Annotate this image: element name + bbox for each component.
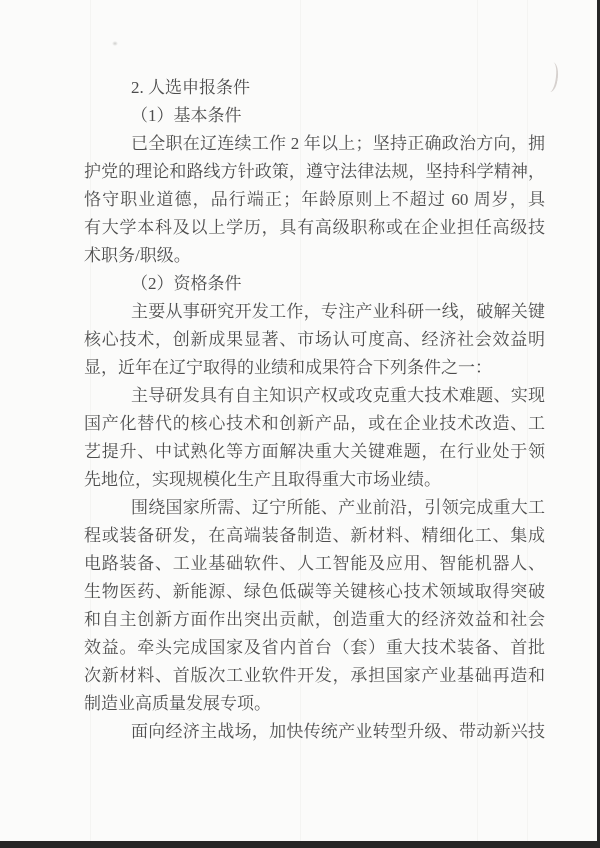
text-line: 先地位，实现规模化生产且取得重大市场业绩。 xyxy=(84,466,545,494)
text-line: 已全职在辽连续工作 2 年以上；坚持正确政治方向，拥 xyxy=(84,130,545,158)
text-line: 显，近年在辽宁取得的业绩和成果符合下列条件之一： xyxy=(84,354,545,382)
text-line: 围绕国家所需、辽宁所能、产业前沿，引领完成重大工 xyxy=(84,494,545,522)
text-line: 主要从事研究开发工作，专注产业科研一线，破解关键 xyxy=(84,298,545,326)
text-line: 主导研发具有自主知识产权或攻克重大技术难题、实现 xyxy=(84,382,545,410)
section-number-heading: 2. 人选申报条件 xyxy=(84,74,545,102)
text-line: 效益。牵头完成国家及省内首台（套）重大技术装备、首批 xyxy=(84,634,545,662)
text-line: 电路装备、工业基础软件、人工智能及应用、智能机器人、 xyxy=(84,550,545,578)
scanned-page: 2. 人选申报条件 （1）基本条件 已全职在辽连续工作 2 年以上；坚持正确政治… xyxy=(0,0,600,848)
text-line: 术职务/职级。 xyxy=(84,242,545,270)
text-line: 有大学本科及以上学历，具有高级职称或在企业担任高级技 xyxy=(84,214,545,242)
text-line: 护党的理论和路线方针政策，遵守法律法规，坚持科学精神， xyxy=(84,158,545,186)
text-line: 次新材料、首版次工业软件开发，承担国家产业基础再造和 xyxy=(84,662,545,690)
text-line: 制造业高质量发展专项。 xyxy=(84,690,545,718)
text-line: 生物医药、新能源、绿色低碳等关键核心技术领域取得突破 xyxy=(84,578,545,606)
text-line: 国产化替代的核心技术和创新产品，或在企业技术改造、工 xyxy=(84,410,545,438)
text-line: 恪守职业道德，品行端正；年龄原则上不超过 60 周岁，具 xyxy=(84,186,545,214)
text-line: 核心技术，创新成果显著、市场认可度高、经济社会效益明 xyxy=(84,326,545,354)
scan-smudge xyxy=(112,41,118,46)
text-line: 和自主创新方面作出突出贡献，创造重大的经济效益和社会 xyxy=(84,606,545,634)
text-line: 程或装备研发，在高端装备制造、新材料、精细化工、集成 xyxy=(84,522,545,550)
document-text: 2. 人选申报条件 （1）基本条件 已全职在辽连续工作 2 年以上；坚持正确政治… xyxy=(84,74,545,746)
scanner-bed-edge-bottom xyxy=(0,841,600,848)
subsection-heading: （1）基本条件 xyxy=(84,102,545,130)
text-line: 面向经济主战场，加快传统产业转型升级、带动新兴技 xyxy=(84,718,545,746)
text-line: 艺提升、中试熟化等方面解决重大关键难题，在行业处于领 xyxy=(84,438,545,466)
subsection-heading: （2）资格条件 xyxy=(84,270,545,298)
